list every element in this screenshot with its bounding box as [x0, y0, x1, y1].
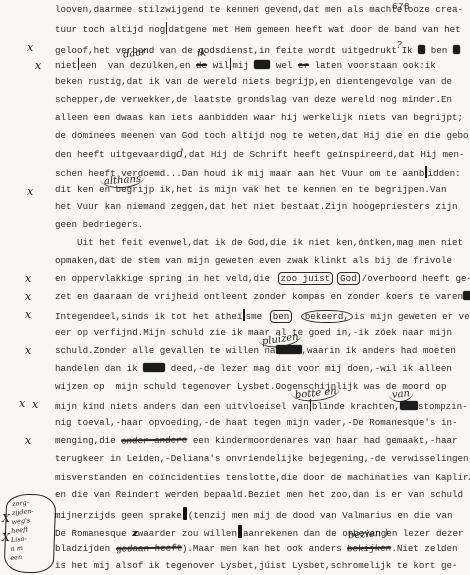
struck-text: de	[196, 60, 207, 71]
typed-text: niet	[55, 60, 77, 71]
typed-text: en die van Reindert werden bepaald.Bezie…	[55, 489, 463, 500]
typed-text: is mijn geweten er veel-	[354, 311, 470, 322]
margin-note: zorg-zijden-weg'sheeftLisa-n meen	[4, 493, 57, 574]
typed-text: wel	[270, 60, 298, 71]
typed-text: ,waarin ik anders had moeten	[302, 345, 456, 356]
typed-line: is het mij alsof ik tegenover Lysbet,júi…	[55, 560, 457, 572]
typed-text: nig toeval,-haar opvoeding,-de haat tege…	[55, 417, 457, 428]
typed-line: tuur toch altijd nogdatgene met Hem geme…	[55, 22, 461, 36]
margin-x-mark: x	[25, 272, 31, 285]
typed-line: eer op verfijnd.Mijn schuld zie ik maar …	[55, 327, 452, 339]
typed-text: .Niet zelden	[391, 543, 457, 554]
typed-text: mijn kind niets anders dan een uitvloeis…	[55, 401, 309, 412]
manuscript-page: 678 looven,daarmee stilzwijgend te kenne…	[0, 0, 470, 575]
typed-text: menging,die	[55, 435, 121, 446]
ink-bar	[238, 525, 242, 538]
typed-text: deed,-de lezer mag dit voor mij doen,-wi…	[165, 363, 452, 374]
typed-text: ben	[425, 45, 453, 56]
typed-line: nieteen van dezulken,en de wilmij wel er…	[55, 58, 436, 72]
typed-text: beken rustig,dat ik van de wereld niets …	[55, 76, 452, 87]
typed-line: terugkeer in Leiden,-Deliana's onvriende…	[55, 453, 470, 465]
typed-text: stompzin-	[418, 401, 468, 412]
typed-text: ).Maar men kan het ook anders	[182, 543, 347, 554]
typed-text: sme	[246, 311, 268, 322]
typed-text: laten voorstaan ook:ik	[309, 60, 436, 71]
typed-text: De Romanesque	[55, 528, 132, 539]
typed-text: geen bedriegers.	[55, 219, 143, 230]
typed-text: een van dezulken,en	[80, 60, 196, 71]
ink-blot	[143, 363, 165, 372]
typed-line: handelen dan ik deed,-de lezer mag dit v…	[55, 363, 452, 375]
typed-text: wil	[207, 60, 229, 71]
ink-bar	[183, 507, 187, 520]
typed-text: een kindermoordenares van haar had gemaa…	[187, 435, 457, 446]
typed-line: misverstanden en coïncidenties tenslotte…	[55, 471, 470, 484]
typed-line: opmaken,dat de stem van mijn geweten eve…	[55, 255, 452, 267]
typed-line: Uit het feit evenwel,dat ik de God,die i…	[55, 237, 463, 249]
typed-text: /overboord heeft ge-	[362, 273, 470, 284]
typed-text: bladzijden	[55, 543, 116, 554]
handwritten-annotation: ik	[197, 48, 207, 60]
correction-box: ben	[270, 310, 293, 323]
typed-line: mijnerzijds geen sprake(tenzij men mij d…	[55, 507, 452, 522]
typed-text: schepper,de verwekker,de laatste grondsl…	[55, 94, 452, 105]
struck-text: er	[298, 60, 309, 71]
typed-line: De Romanesque zwaarder zou willenaanreke…	[55, 525, 464, 540]
typed-line: schepper,de verwekker,de laatste grondsl…	[55, 94, 452, 106]
typed-line: en oppervlakkige spring in het veld,die …	[55, 273, 470, 285]
scribbled-out-text: gedaan heeft	[115, 542, 182, 555]
typed-text: eer op verfijnd.Mijn schuld zie ik maar …	[55, 327, 452, 338]
typed-line: de dominees meenen van God toch altijd n…	[55, 130, 470, 142]
typed-line: en die van Reindert werden bepaald.Bezie…	[55, 489, 463, 501]
typed-text: Ik	[402, 45, 419, 56]
scribbled-out-text: bekijken	[347, 543, 392, 556]
ink-blot	[463, 291, 470, 300]
margin-x-mark: x	[19, 397, 25, 410]
typed-text: misverstanden en coïncidenties tenslotte…	[55, 472, 469, 483]
typed-line: menging,die onder andere een kindermoord…	[55, 435, 458, 447]
margin-x-mark: x	[27, 41, 33, 54]
typed-text: en oppervlakkige spring in het veld,die	[55, 273, 276, 284]
margin-x-mark: x	[25, 308, 31, 321]
typed-text	[294, 311, 300, 322]
typed-text: Uit het feit evenwel,dat ik de God,die i…	[55, 237, 463, 248]
typed-line: geloof,het verbond van de godsdienst,in …	[55, 40, 460, 57]
typed-text: opmaken,dat de stem van mijn geweten eve…	[55, 255, 452, 266]
margin-x-mark: x	[25, 434, 31, 447]
typed-text: schuld.Zonder alle gevallen te willen na	[55, 345, 276, 356]
typed-line: looven,daarmee stilzwijgend te kennen ge…	[55, 4, 463, 16]
ink-blot	[254, 60, 270, 69]
typed-line: Integendeel,sinds ik tot het atheïsme be…	[55, 309, 470, 323]
typed-text: blinde krachten,	[312, 401, 400, 412]
correction-box: zoo juist	[278, 272, 334, 285]
typed-line: bladzijden gedaan heeft).Maar men kan he…	[55, 543, 458, 555]
ink-blot	[453, 45, 460, 54]
insertion-mark	[425, 166, 426, 178]
typed-text: zet en daaraan de vrijheid ontleent zond…	[55, 291, 463, 302]
ink-blot	[400, 401, 418, 410]
typed-text: tuur toch altijd nog	[55, 24, 165, 35]
typed-line: beken rustig,dat ik van de wereld niets …	[55, 76, 452, 88]
typed-line: schuld.Zonder alle gevallen te willen na…	[55, 345, 456, 357]
margin-x-mark: x	[27, 185, 33, 198]
typed-text: waarder zou willen	[138, 528, 237, 539]
typed-line: zet en daaraan de vrijheid ontleent zond…	[55, 291, 470, 303]
typed-text: looven,daarmee stilzwijgend te kennen ge…	[55, 4, 463, 15]
correction-circle: bekeerd,	[301, 310, 353, 323]
scribbled-out-text: onder andere	[121, 434, 188, 447]
typed-text: ,dat Hij de Schrift heeft geïnspireerd,d…	[183, 149, 464, 160]
typed-line: den heeft uitgevaardigd,dat Hij de Schri…	[55, 148, 465, 161]
typed-line: het Vuur kan niemand zeggen,dat het niet…	[55, 201, 457, 213]
typed-text: de dominees meenen van God toch altijd n…	[55, 130, 470, 141]
typed-text: mij	[232, 60, 254, 71]
typed-text: het Vuur kan niemand zeggen,dat het niet…	[55, 201, 457, 212]
typed-line: nig toeval,-haar opvoeding,-de haat tege…	[55, 417, 457, 429]
typed-text: den heeft uitgevaardig	[55, 149, 176, 160]
typed-line: geen bedriegers.	[55, 219, 143, 231]
typed-line: mijn kind niets anders dan een uitvloeis…	[55, 399, 468, 413]
margin-x-mark: x	[25, 344, 31, 357]
typed-text: geloof,het verbond van de godsdienst,in …	[55, 45, 397, 56]
typed-line: alleen een dwaas kan iets aanbidden waar…	[55, 112, 463, 124]
margin-x-mark: x	[25, 290, 31, 303]
margin-x-mark: x	[35, 59, 41, 72]
typed-text: alleen een dwaas kan iets aanbidden waar…	[55, 112, 463, 123]
typed-text: (tenzij men mij de dood van Valmarius en…	[188, 510, 453, 521]
insertion-mark	[243, 309, 244, 321]
typed-text: idden:	[428, 168, 461, 179]
typed-text: datgene met Hem gemeen heeft wat door de…	[168, 24, 460, 35]
typed-text: terugkeer in Leiden,-Deliana's onvriende…	[55, 453, 470, 464]
typed-text: Integendeel,sinds ik tot het atheï	[55, 311, 242, 322]
margin-x-mark: x	[32, 398, 38, 411]
typed-text: mijnerzijds geen sprake	[55, 510, 182, 521]
typed-text: is het mij alsof ik tegenover Lysbet,júi…	[55, 560, 457, 571]
typed-text: handelen dan ik	[55, 363, 143, 374]
correction-box: God	[337, 272, 360, 285]
